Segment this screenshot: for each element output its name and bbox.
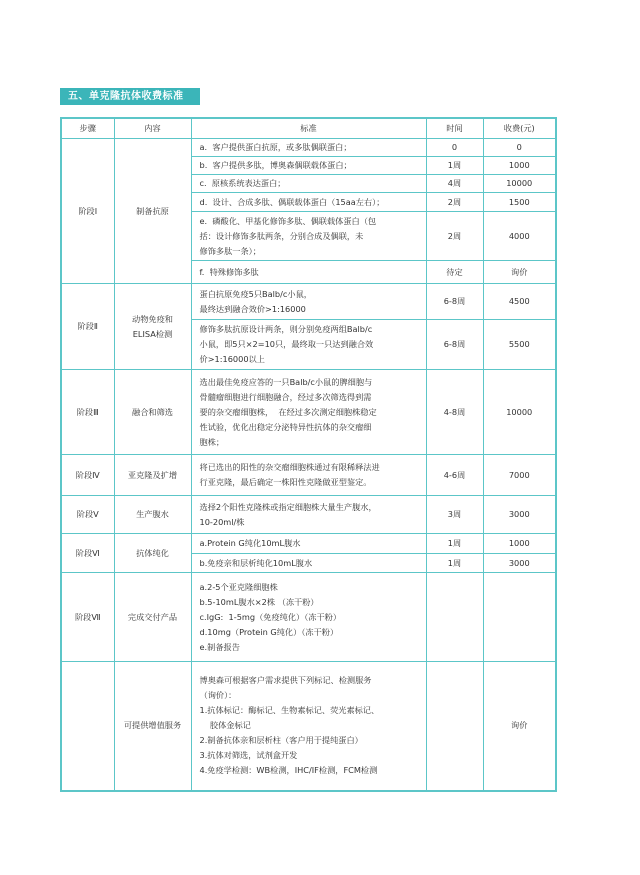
time-cell: 待定 bbox=[426, 261, 483, 284]
time-cell: 4-8周 bbox=[426, 370, 483, 455]
standard-line: 胶体金标记 bbox=[200, 718, 422, 733]
standard-line: 10-20ml/株 bbox=[200, 515, 422, 530]
standard-cell: f. 特殊修饰多肽 bbox=[191, 261, 426, 284]
time-cell: 6-8周 bbox=[426, 320, 483, 370]
fee-cell: 询价 bbox=[483, 662, 556, 791]
standard-line: 胞株； bbox=[200, 435, 422, 450]
table-row: 阶段Ⅰ制备抗原a. 客户提供蛋白抗原，或多肽偶联蛋白；00 bbox=[61, 139, 556, 157]
fee-cell: 3000 bbox=[483, 496, 556, 534]
section-title: 五、单克隆抗体收费标准 bbox=[60, 88, 200, 105]
standard-line: 蛋白抗原免疫5只Balb/c小鼠， bbox=[200, 287, 422, 302]
time-cell: 2周 bbox=[426, 212, 483, 261]
standard-cell: 选出最佳免疫应答的一只Balb/c小鼠的脾细胞与骨髓瘤细胞进行细胞融合，经过多次… bbox=[191, 370, 426, 455]
standard-line: 4.免疫学检测：WB检测，IHC/IF检测，FCM检测 bbox=[200, 763, 422, 778]
standard-line: f. 特殊修饰多肽 bbox=[200, 265, 422, 280]
fee-cell: 10000 bbox=[483, 370, 556, 455]
standard-line: 行亚克隆，最后确定一株阳性克隆做亚型鉴定。 bbox=[200, 475, 422, 490]
standard-line: 修饰多肽抗原设计两条，则分别免疫两组Balb/c bbox=[200, 322, 422, 337]
table-body: 阶段Ⅰ制备抗原a. 客户提供蛋白抗原，或多肽偶联蛋白；00b. 客户提供多肽，博… bbox=[61, 139, 556, 791]
standard-line: 1.抗体标记：酶标记、生物素标记、荧光素标记、 bbox=[200, 703, 422, 718]
content-cell: 完成交付产品 bbox=[114, 573, 191, 662]
standard-line: d. 设计、合成多肽、偶联载体蛋白（15aa左右）； bbox=[200, 195, 422, 210]
standard-line: 最终达到融合效价>1:16000 bbox=[200, 302, 422, 317]
table-row: 可提供增值服务博奥森可根据客户需求提供下列标记、检测服务（询价）：1.抗体标记：… bbox=[61, 662, 556, 791]
standard-line: b.免疫亲和层析纯化10mL腹水 bbox=[200, 556, 422, 571]
standard-line: 博奥森可根据客户需求提供下列标记、检测服务 bbox=[200, 673, 422, 688]
standard-cell: b. 客户提供多肽，博奥森偶联载体蛋白； bbox=[191, 157, 426, 175]
standard-cell: c. 原核系统表达蛋白； bbox=[191, 175, 426, 193]
table-row: 阶段Ⅳ亚克隆及扩增将已选出的阳性的杂交瘤细胞株通过有限稀释法进行亚克隆，最后确定… bbox=[61, 455, 556, 496]
time-cell bbox=[426, 573, 483, 662]
standard-cell: a.2-5个亚克隆细胞株b.5-10mL腹水×2株 （冻干粉）c.IgG: 1-… bbox=[191, 573, 426, 662]
fee-cell: 3000 bbox=[483, 554, 556, 573]
table-row: 阶段Ⅲ融合和筛选选出最佳免疫应答的一只Balb/c小鼠的脾细胞与骨髓瘤细胞进行细… bbox=[61, 370, 556, 455]
standard-cell: a.Protein G纯化10mL腹水 bbox=[191, 534, 426, 554]
table-row: 阶段Ⅱ动物免疫和ELISA检测蛋白抗原免疫5只Balb/c小鼠，最终达到融合效价… bbox=[61, 284, 556, 320]
standard-line: a.Protein G纯化10mL腹水 bbox=[200, 536, 422, 551]
standard-line: 性试验，优化出稳定分泌特异性抗体的杂交瘤细 bbox=[200, 420, 422, 435]
standard-line: 小鼠，即5只×2=10只，最终取一只达到融合效 bbox=[200, 337, 422, 352]
step-cell: 阶段Ⅶ bbox=[61, 573, 114, 662]
time-cell bbox=[426, 662, 483, 791]
standard-line: 将已选出的阳性的杂交瘤细胞株通过有限稀释法进 bbox=[200, 460, 422, 475]
standard-line: 价>1:16000以上 bbox=[200, 352, 422, 367]
time-cell: 6-8周 bbox=[426, 284, 483, 320]
standard-cell: 修饰多肽抗原设计两条，则分别免疫两组Balb/c小鼠，即5只×2=10只，最终取… bbox=[191, 320, 426, 370]
standard-line: a.2-5个亚克隆细胞株 bbox=[200, 580, 422, 595]
standard-line: 骨髓瘤细胞进行细胞融合，经过多次筛选得到需 bbox=[200, 390, 422, 405]
table-row: 阶段Ⅵ抗体纯化a.Protein G纯化10mL腹水1周1000 bbox=[61, 534, 556, 554]
step-cell bbox=[61, 662, 114, 791]
time-cell: 4周 bbox=[426, 175, 483, 193]
time-cell: 0 bbox=[426, 139, 483, 157]
standard-line: （询价）： bbox=[200, 688, 422, 703]
fee-cell: 0 bbox=[483, 139, 556, 157]
standard-line: b. 客户提供多肽，博奥森偶联载体蛋白； bbox=[200, 158, 422, 173]
table-row: 阶段Ⅴ生产腹水选择2个阳性克隆株或指定细胞株大量生产腹水，10-20ml/株3周… bbox=[61, 496, 556, 534]
time-cell: 1周 bbox=[426, 534, 483, 554]
fee-table: 步骤 内容 标准 时间 收费(元) 阶段Ⅰ制备抗原a. 客户提供蛋白抗原，或多肽… bbox=[60, 117, 557, 792]
step-cell: 阶段Ⅵ bbox=[61, 534, 114, 573]
step-cell: 阶段Ⅱ bbox=[61, 284, 114, 370]
time-cell: 1周 bbox=[426, 554, 483, 573]
standard-line: 选出最佳免疫应答的一只Balb/c小鼠的脾细胞与 bbox=[200, 375, 422, 390]
standard-cell: d. 设计、合成多肽、偶联载体蛋白（15aa左右）； bbox=[191, 193, 426, 212]
standard-cell: e. 磷酸化、甲基化修饰多肽、偶联载体蛋白（包括：设计修饰多肽两条，分别合成及偶… bbox=[191, 212, 426, 261]
content-cell: 融合和筛选 bbox=[114, 370, 191, 455]
content-cell: 可提供增值服务 bbox=[114, 662, 191, 791]
fee-cell: 4000 bbox=[483, 212, 556, 261]
standard-line: 选择2个阳性克隆株或指定细胞株大量生产腹水， bbox=[200, 500, 422, 515]
standard-line: 3.抗体对筛选，试剂盒开发 bbox=[200, 748, 422, 763]
time-cell: 2周 bbox=[426, 193, 483, 212]
standard-line: c. 原核系统表达蛋白； bbox=[200, 176, 422, 191]
header-content: 内容 bbox=[114, 118, 191, 139]
content-cell: 动物免疫和ELISA检测 bbox=[114, 284, 191, 370]
standard-line: 括：设计修饰多肽两条，分别合成及偶联，未 bbox=[200, 229, 422, 244]
header-time: 时间 bbox=[426, 118, 483, 139]
standard-cell: b.免疫亲和层析纯化10mL腹水 bbox=[191, 554, 426, 573]
fee-cell: 1000 bbox=[483, 534, 556, 554]
time-cell: 1周 bbox=[426, 157, 483, 175]
standard-line: 修饰多肽一条）； bbox=[200, 244, 422, 259]
fee-cell: 4500 bbox=[483, 284, 556, 320]
step-cell: 阶段Ⅰ bbox=[61, 139, 114, 284]
fee-cell: 1000 bbox=[483, 157, 556, 175]
table-header-row: 步骤 内容 标准 时间 收费(元) bbox=[61, 118, 556, 139]
standard-cell: 将已选出的阳性的杂交瘤细胞株通过有限稀释法进行亚克隆，最后确定一株阳性克隆做亚型… bbox=[191, 455, 426, 496]
header-fee: 收费(元) bbox=[483, 118, 556, 139]
standard-line: e. 磷酸化、甲基化修饰多肽、偶联载体蛋白（包 bbox=[200, 214, 422, 229]
standard-line: 2.制备抗体亲和层析柱（客户用于提纯蛋白） bbox=[200, 733, 422, 748]
fee-cell: 5500 bbox=[483, 320, 556, 370]
standard-line: a. 客户提供蛋白抗原，或多肽偶联蛋白； bbox=[200, 140, 422, 155]
table-row: 阶段Ⅶ完成交付产品a.2-5个亚克隆细胞株b.5-10mL腹水×2株 （冻干粉）… bbox=[61, 573, 556, 662]
content-cell: 亚克隆及扩增 bbox=[114, 455, 191, 496]
standard-cell: 选择2个阳性克隆株或指定细胞株大量生产腹水，10-20ml/株 bbox=[191, 496, 426, 534]
step-cell: 阶段Ⅴ bbox=[61, 496, 114, 534]
content-cell: 制备抗原 bbox=[114, 139, 191, 284]
standard-line: 要的杂交瘤细胞株， 在经过多次测定细胞株稳定 bbox=[200, 405, 422, 420]
fee-cell bbox=[483, 573, 556, 662]
standard-cell: 蛋白抗原免疫5只Balb/c小鼠，最终达到融合效价>1:16000 bbox=[191, 284, 426, 320]
header-step: 步骤 bbox=[61, 118, 114, 139]
fee-cell: 1500 bbox=[483, 193, 556, 212]
standard-line: c.IgG: 1-5mg（免疫纯化）（冻干粉） bbox=[200, 610, 422, 625]
time-cell: 4-6周 bbox=[426, 455, 483, 496]
standard-cell: a. 客户提供蛋白抗原，或多肽偶联蛋白； bbox=[191, 139, 426, 157]
content-cell: 抗体纯化 bbox=[114, 534, 191, 573]
standard-line: d.10mg（Protein G纯化）（冻干粉） bbox=[200, 625, 422, 640]
header-standard: 标准 bbox=[191, 118, 426, 139]
fee-cell: 询价 bbox=[483, 261, 556, 284]
content-cell: 生产腹水 bbox=[114, 496, 191, 534]
standard-line: e.制备报告 bbox=[200, 640, 422, 655]
fee-cell: 10000 bbox=[483, 175, 556, 193]
fee-cell: 7000 bbox=[483, 455, 556, 496]
step-cell: 阶段Ⅳ bbox=[61, 455, 114, 496]
standard-line: b.5-10mL腹水×2株 （冻干粉） bbox=[200, 595, 422, 610]
step-cell: 阶段Ⅲ bbox=[61, 370, 114, 455]
time-cell: 3周 bbox=[426, 496, 483, 534]
standard-cell: 博奥森可根据客户需求提供下列标记、检测服务（询价）：1.抗体标记：酶标记、生物素… bbox=[191, 662, 426, 791]
